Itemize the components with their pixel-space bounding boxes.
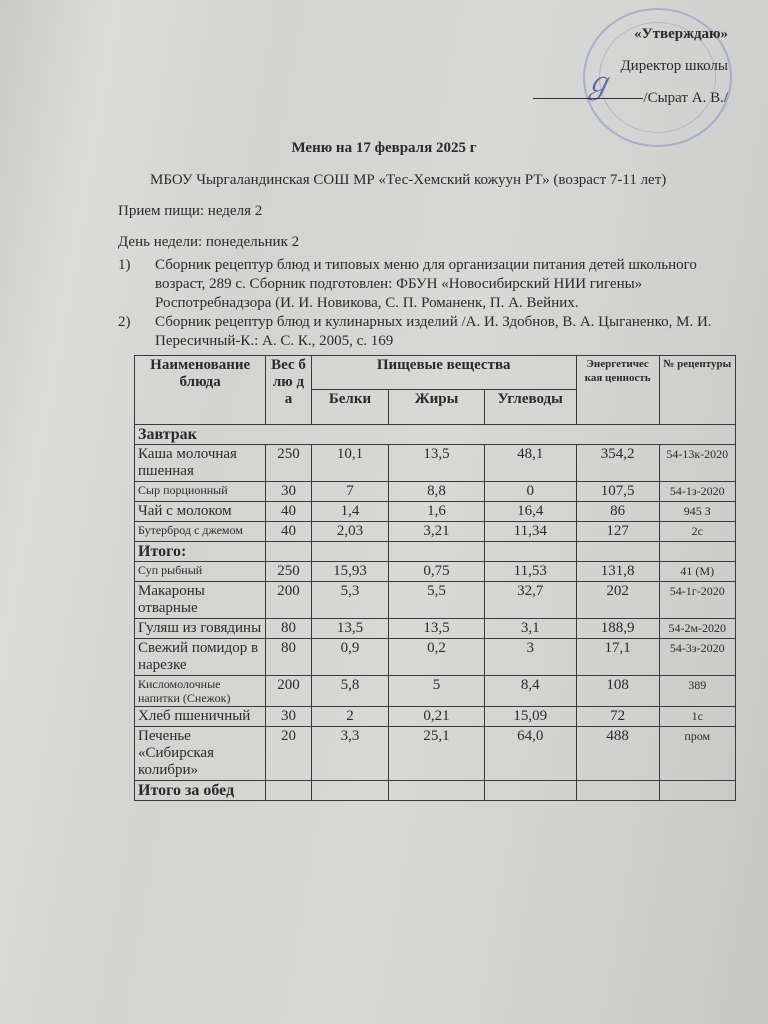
table-row: Каша молочная пшенная25010,113,548,1354,… — [135, 445, 736, 482]
table-row: Хлеб пшеничный3020,2115,09721с — [135, 707, 736, 727]
source-item: 1)Сборник рецептур блюд и типовых меню д… — [118, 256, 738, 313]
cell-weight: 80 — [266, 619, 311, 639]
menu-table: Наименование блюда Вес блю да Пищевые ве… — [134, 355, 736, 801]
cell-recipe: 54-3з-2020 — [659, 639, 735, 676]
approval-position: Директор школы — [533, 50, 728, 82]
table-row: Суп рыбный25015,930,7511,53131,841 (М) — [135, 562, 736, 582]
cell-weight: 250 — [266, 445, 311, 482]
cell-proteins: 1,4 — [311, 502, 389, 522]
cell-proteins: 3,3 — [311, 727, 389, 781]
cell-recipe: пром — [659, 727, 735, 781]
cell-fats: 13,5 — [389, 445, 485, 482]
cell-carbs: 32,7 — [484, 582, 576, 619]
cell-proteins: 10,1 — [311, 445, 389, 482]
header-recipe: № рецептуры — [659, 356, 735, 425]
table-row: Кисломолочные напитки (Снежок)2005,858,4… — [135, 676, 736, 707]
weekday: День недели: понедельник 2 — [118, 234, 299, 251]
cell-weight: 30 — [266, 707, 311, 727]
cell-fats: 25,1 — [389, 727, 485, 781]
cell-fats: 8,8 — [389, 482, 485, 502]
dish-name: Каша молочная пшенная — [135, 445, 266, 482]
header-name: Наименование блюда — [135, 356, 266, 425]
approval-block: «Утверждаю» Директор школы /Сырат А. В./ — [533, 18, 728, 114]
document-title: Меню на 17 февраля 2025 г — [0, 140, 768, 157]
table-row: Гуляш из говядины8013,513,53,1188,954-2м… — [135, 619, 736, 639]
cell-weight: 30 — [266, 482, 311, 502]
dish-name: Чай с молоком — [135, 502, 266, 522]
header-proteins: Белки — [311, 390, 389, 425]
section-breakfast: Завтрак — [135, 425, 736, 445]
cell-energy: 127 — [576, 522, 659, 542]
cell-weight: 40 — [266, 522, 311, 542]
approval-title: «Утверждаю» — [533, 18, 728, 50]
cell-energy: 131,8 — [576, 562, 659, 582]
header-nutrients: Пищевые вещества — [311, 356, 576, 390]
dish-name: Суп рыбный — [135, 562, 266, 582]
lunch-total-row: Итого за обед — [135, 781, 736, 801]
cell-proteins: 15,93 — [311, 562, 389, 582]
cell-proteins: 5,8 — [311, 676, 389, 707]
table-row: Печенье «Сибирская колибри»203,325,164,0… — [135, 727, 736, 781]
cell-proteins: 5,3 — [311, 582, 389, 619]
meal-week: Прием пищи: неделя 2 — [118, 203, 262, 220]
cell-fats: 3,21 — [389, 522, 485, 542]
cell-fats: 0,21 — [389, 707, 485, 727]
source-item: 2)Сборник рецептур блюд и кулинарных изд… — [118, 313, 738, 351]
cell-energy: 202 — [576, 582, 659, 619]
table-row: Свежий помидор в нарезке800,90,2317,154-… — [135, 639, 736, 676]
breakfast-total-row: Итого: — [135, 542, 736, 562]
cell-recipe: 945 З — [659, 502, 735, 522]
cell-energy: 488 — [576, 727, 659, 781]
cell-carbs: 48,1 — [484, 445, 576, 482]
cell-proteins: 7 — [311, 482, 389, 502]
cell-energy: 17,1 — [576, 639, 659, 676]
table-row: Бутерброд с джемом402,033,2111,341272с — [135, 522, 736, 542]
cell-energy: 354,2 — [576, 445, 659, 482]
cell-carbs: 11,34 — [484, 522, 576, 542]
cell-fats: 1,6 — [389, 502, 485, 522]
cell-proteins: 0,9 — [311, 639, 389, 676]
cell-recipe: 1с — [659, 707, 735, 727]
header-carbs: Углеводы — [484, 390, 576, 425]
cell-energy: 107,5 — [576, 482, 659, 502]
cell-recipe: 54-1з-2020 — [659, 482, 735, 502]
dish-name: Хлеб пшеничный — [135, 707, 266, 727]
cell-recipe: 54-13к-2020 — [659, 445, 735, 482]
dish-name: Бутерброд с джемом — [135, 522, 266, 542]
cell-proteins: 2,03 — [311, 522, 389, 542]
cell-carbs: 15,09 — [484, 707, 576, 727]
cell-recipe: 41 (М) — [659, 562, 735, 582]
cell-weight: 80 — [266, 639, 311, 676]
table-row: Сыр порционный3078,80107,554-1з-2020 — [135, 482, 736, 502]
cell-carbs: 8,4 — [484, 676, 576, 707]
dish-name: Кисломолочные напитки (Снежок) — [135, 676, 266, 707]
cell-recipe: 2с — [659, 522, 735, 542]
cell-weight: 200 — [266, 582, 311, 619]
dish-name: Сыр порционный — [135, 482, 266, 502]
sources-list: 1)Сборник рецептур блюд и типовых меню д… — [118, 256, 738, 351]
dish-name: Печенье «Сибирская колибри» — [135, 727, 266, 781]
cell-recipe: 389 — [659, 676, 735, 707]
cell-weight: 40 — [266, 502, 311, 522]
cell-carbs: 16,4 — [484, 502, 576, 522]
cell-energy: 108 — [576, 676, 659, 707]
header-weight: Вес блю да — [266, 356, 311, 425]
cell-proteins: 13,5 — [311, 619, 389, 639]
cell-carbs: 3 — [484, 639, 576, 676]
school-name: МБОУ Чыргаландинская СОШ МР «Тес-Хемский… — [150, 172, 666, 189]
header-fats: Жиры — [389, 390, 485, 425]
cell-weight: 200 — [266, 676, 311, 707]
table-row: Макароны отварные2005,35,532,720254-1г-2… — [135, 582, 736, 619]
cell-weight: 250 — [266, 562, 311, 582]
cell-recipe: 54-2м-2020 — [659, 619, 735, 639]
dish-name: Макароны отварные — [135, 582, 266, 619]
header-energy: Энергетичес кая ценность — [576, 356, 659, 425]
cell-carbs: 0 — [484, 482, 576, 502]
cell-fats: 13,5 — [389, 619, 485, 639]
signature-line — [533, 97, 643, 99]
cell-energy: 86 — [576, 502, 659, 522]
cell-energy: 72 — [576, 707, 659, 727]
table-row: Чай с молоком401,41,616,486945 З — [135, 502, 736, 522]
cell-energy: 188,9 — [576, 619, 659, 639]
dish-name: Гуляш из говядины — [135, 619, 266, 639]
cell-fats: 5 — [389, 676, 485, 707]
cell-proteins: 2 — [311, 707, 389, 727]
cell-carbs: 11,53 — [484, 562, 576, 582]
cell-fats: 0,75 — [389, 562, 485, 582]
cell-fats: 5,5 — [389, 582, 485, 619]
cell-recipe: 54-1г-2020 — [659, 582, 735, 619]
approval-signature-name: /Сырат А. В./ — [643, 90, 728, 106]
cell-weight: 20 — [266, 727, 311, 781]
dish-name: Свежий помидор в нарезке — [135, 639, 266, 676]
cell-fats: 0,2 — [389, 639, 485, 676]
cell-carbs: 3,1 — [484, 619, 576, 639]
cell-carbs: 64,0 — [484, 727, 576, 781]
